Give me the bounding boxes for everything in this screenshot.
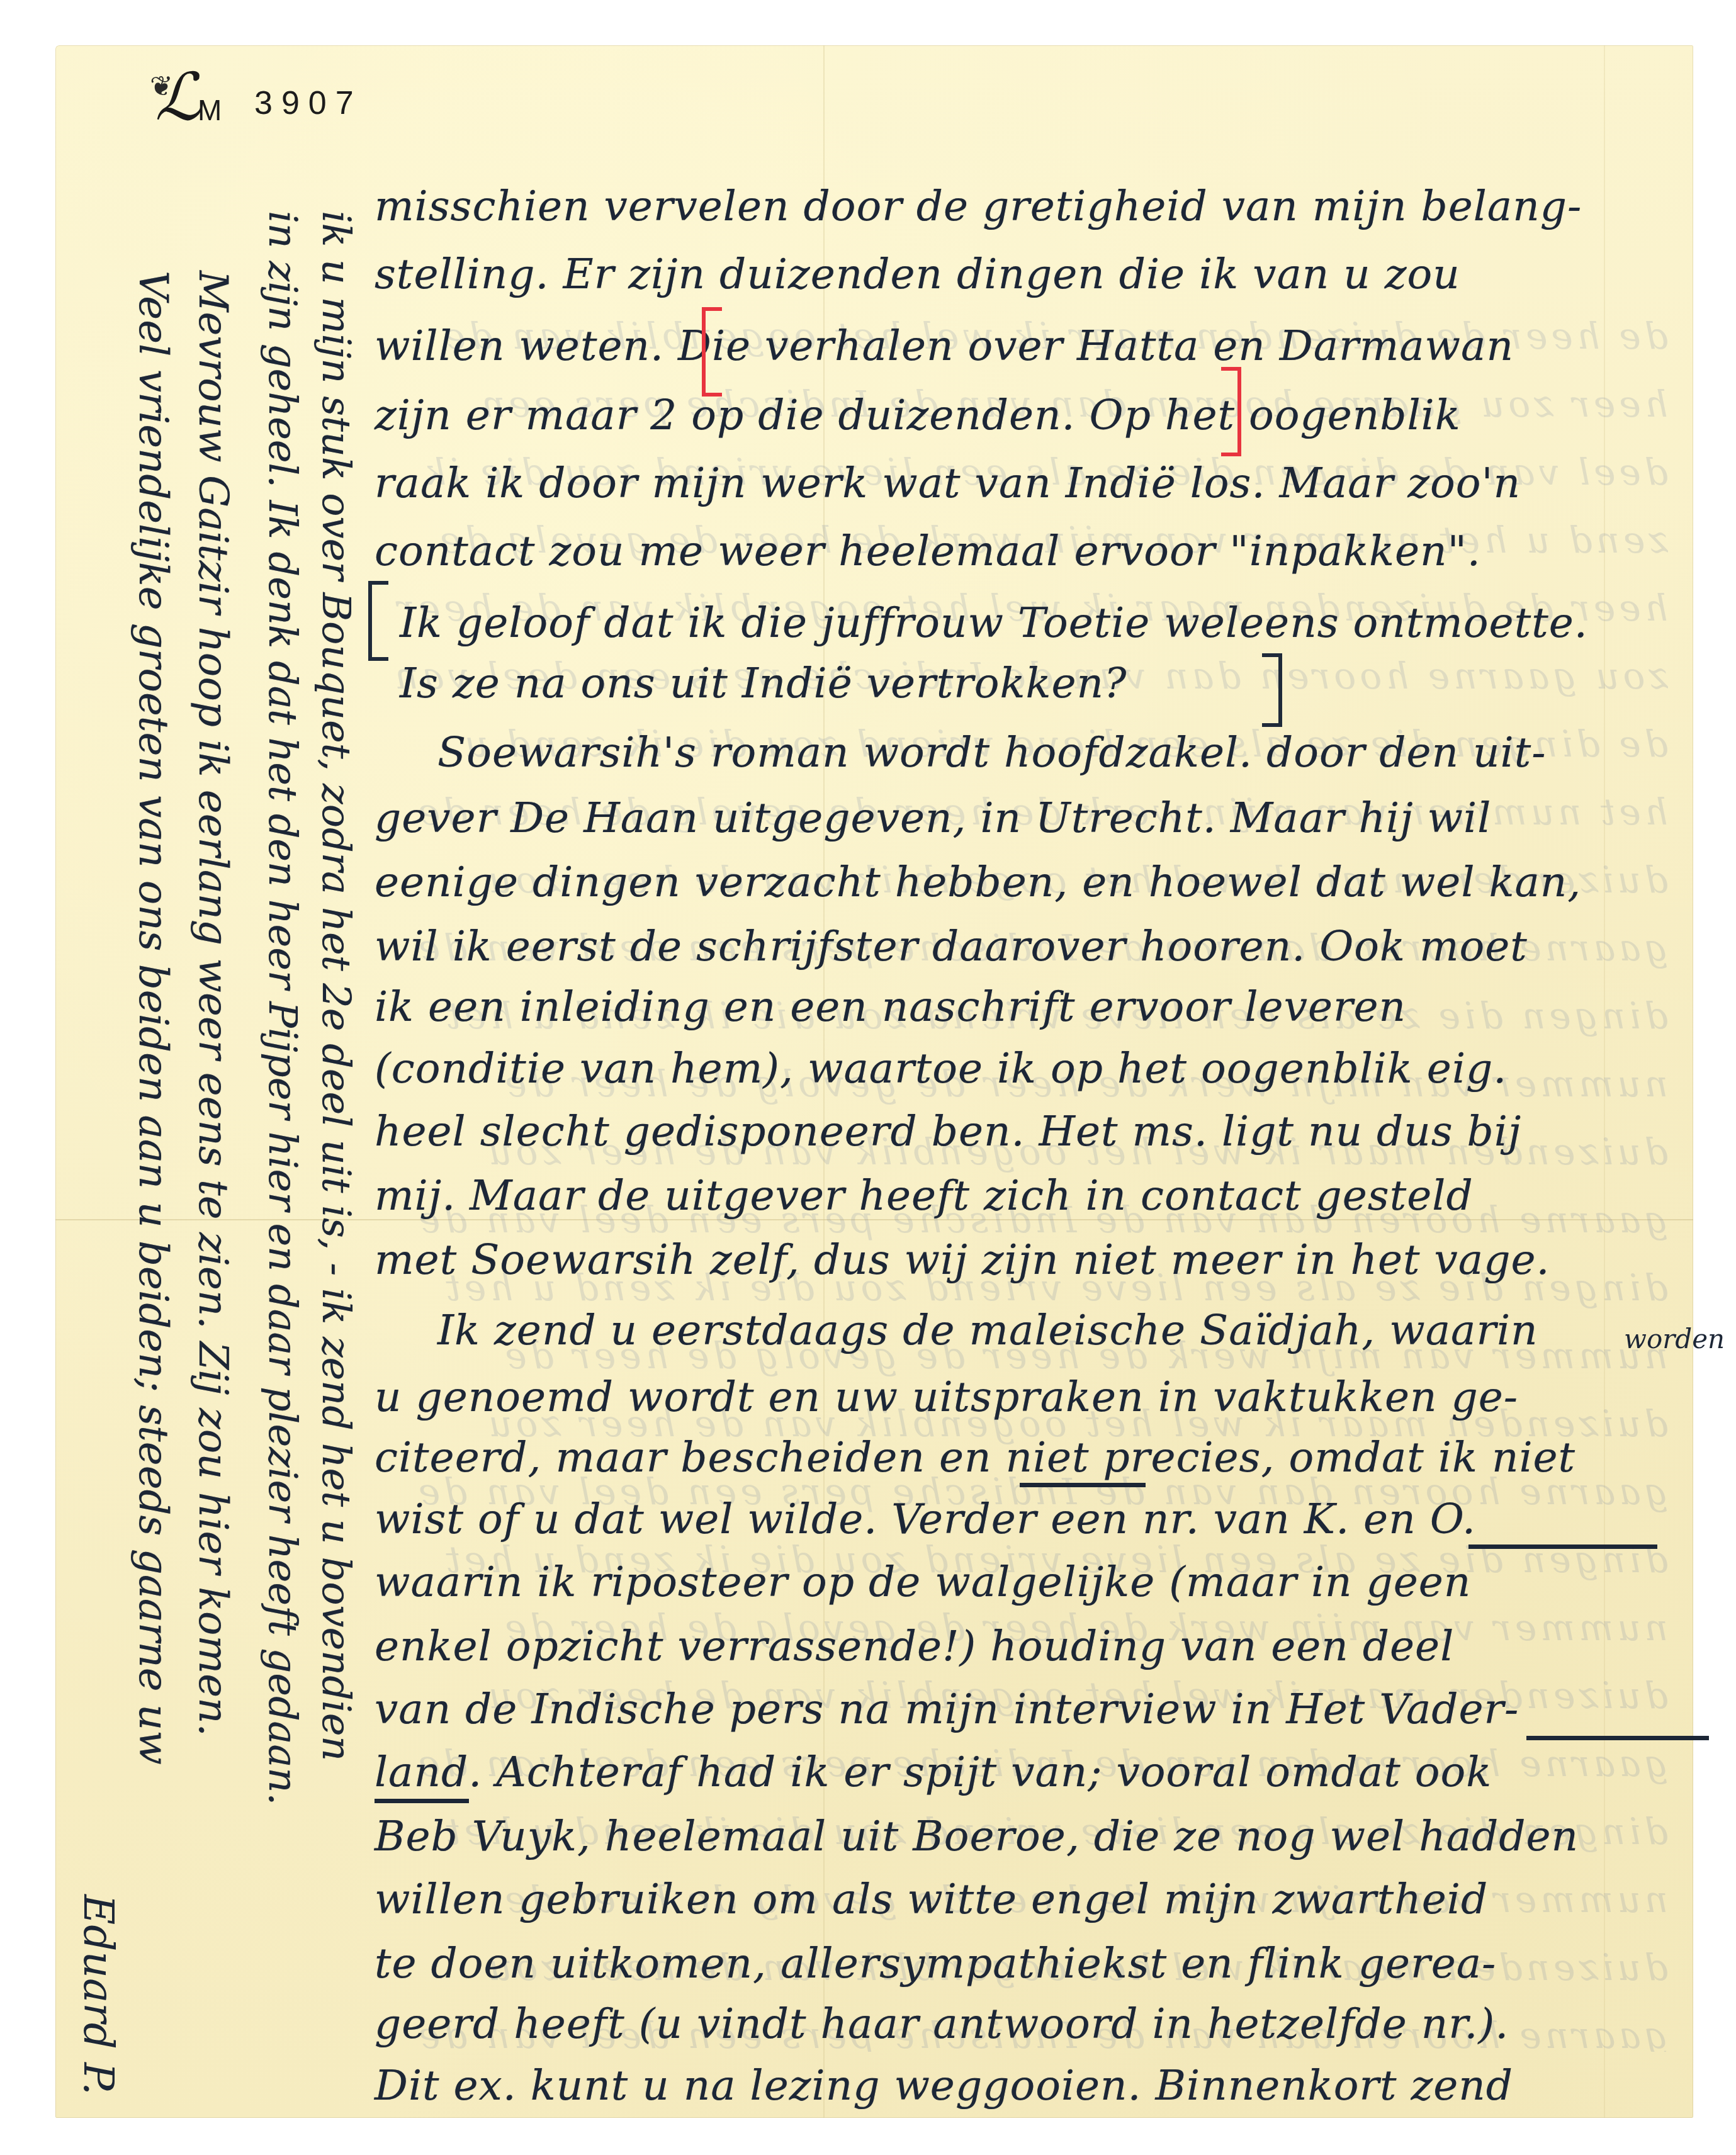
letter-line: wist of u dat wel wilde. Verder een nr. … <box>375 1488 1476 1551</box>
black-open-bracket <box>368 581 388 661</box>
letter-line: waarin ik riposteer op de walgelijke (ma… <box>375 1551 1471 1614</box>
letter-line: stelling. Er zijn duizenden dingen die i… <box>375 243 1460 306</box>
underline-land <box>375 1799 469 1803</box>
underline-k-en-o <box>1468 1545 1657 1549</box>
monogram-letter-m: M <box>198 93 222 127</box>
underline-precies <box>1020 1483 1146 1487</box>
letter-line: te doen uitkomen, allersympathiekst en f… <box>375 1932 1496 1995</box>
monogram-letter-l: ℒ <box>155 64 202 130</box>
letter-line: zijn er maar 2 op die duizenden. Op het … <box>375 384 1461 447</box>
letter-line: wil ik eerst de schrijfster daarover hoo… <box>375 915 1528 978</box>
red-close-bracket <box>1221 367 1241 456</box>
archive-number: 3907 <box>254 84 363 133</box>
red-open-bracket <box>702 307 722 397</box>
margin-line-1: ik u mijn stuk over Bouquet, zodra het 2… <box>317 211 356 1761</box>
letter-line: willen gebruiken om als witte engel mijn… <box>375 1868 1488 1931</box>
letter-line: land. Achteraf had ik er spijt van; voor… <box>375 1741 1492 1804</box>
letter-line: van de Indische pers na mijn interview i… <box>375 1678 1519 1741</box>
archive-monogram: ❦ ℒ M <box>144 70 238 133</box>
letter-line: geerd heeft (u vindt haar antwoord in he… <box>375 1993 1509 2056</box>
underline-het-vaderland <box>1526 1736 1709 1740</box>
archive-stamp: ❦ ℒ M 3907 <box>144 70 363 133</box>
letter-line: mij. Maar de uitgever heeft zich in cont… <box>375 1164 1474 1227</box>
letter-line: heel slecht gedisponeerd ben. Het ms. li… <box>375 1100 1521 1163</box>
letter-line: willen weten. Die verhalen over Hatta en… <box>375 315 1514 378</box>
letter-line: met Soewarsih zelf, dus wij zijn niet me… <box>375 1229 1550 1291</box>
signature: Eduard P. <box>74 1894 123 2095</box>
letter-line: Soewarsih's roman wordt hoofdzakel. door… <box>437 721 1547 784</box>
margin-line-2: in zijn geheel. Ik denk dat het den heer… <box>263 211 302 1805</box>
black-close-bracket <box>1262 653 1282 727</box>
letter-line: Beb Vuyk, heelemaal uit Boeroe, die ze n… <box>375 1805 1579 1868</box>
letter-line: raak ik door mijn werk wat van Indië los… <box>375 452 1521 515</box>
letter-line: contact zou me weer heelemaal ervoor "in… <box>375 520 1481 583</box>
letter-line: enkel opzicht verrassende!) houding van … <box>375 1615 1454 1678</box>
margin-line-3: Mevrouw Gaitzir hoop ik eerlang weer een… <box>193 271 233 1736</box>
letter-line: misschien vervelen door de gretigheid va… <box>375 175 1582 238</box>
letter-line: (conditie van hem), waartoe ik op het oo… <box>375 1037 1507 1100</box>
margin-line-4: Veel vriendelijke groeten van ons beiden… <box>133 271 173 1765</box>
fold-line-vertical-right <box>1604 45 1605 2118</box>
letter-line: Dit ex. kunt u na lezing weggooien. Binn… <box>375 2054 1513 2117</box>
letter-line: gever De Haan uitgegeven, in Utrecht. Ma… <box>375 787 1491 850</box>
letter-line: Ik geloof dat ik die juffrouw Toetie wel… <box>400 592 1588 655</box>
letter-line: citeerd, maar bescheiden en niet precies… <box>375 1426 1575 1489</box>
letter-line: ik een inleiding en een naschrift ervoor… <box>375 976 1406 1038</box>
letter-line: Ik zend u eerstdaags de maleische Saïdja… <box>437 1299 1538 1362</box>
letter-line: u genoemd wordt en uw uitspraken in vakt… <box>375 1366 1518 1429</box>
letter-line: eenige dingen verzacht hebben, en hoewel… <box>375 851 1581 914</box>
letter-line: Is ze na ons uit Indië vertrokken? <box>400 652 1127 715</box>
letter-line-text: citeerd, maar bescheiden en niet precies… <box>375 1433 1575 1482</box>
